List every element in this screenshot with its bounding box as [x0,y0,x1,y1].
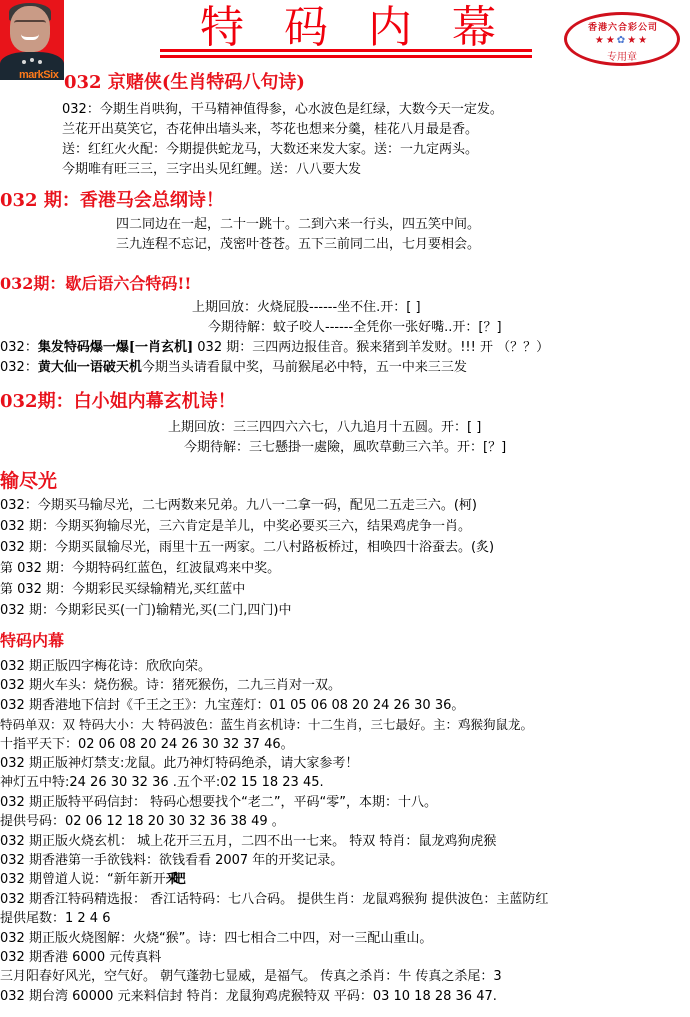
tip-text: 032 期曾道人说：“新年新开 [0,872,166,887]
row-text: 今期当头请看鼠中奖，马前猴尾必中特，五一中来三三发 [142,360,467,375]
row-bold-title: 黄大仙一语破天机 [38,360,142,375]
tip-line: 032 期正版火烧图解：火烧“猴”。诗：四七相合二中四，对一三配山重山。 [0,931,432,947]
title-underline [160,49,532,52]
tip-line: 神灯五中特:24 26 30 32 36 .五个平:02 15 18 23 45… [0,775,324,791]
title-char: 幕 [452,2,496,54]
tip-line: 提供号码：02 06 12 18 20 30 32 36 38 49 。 [0,814,285,830]
section-heading-jingduxia: 032 京赌侠(生肖特码八句诗) [64,68,305,94]
tip-line: 032 期香江特码精选报： 香江话特码：七八合码。 提供生肖：龙鼠鸡猴狗 提供波… [0,892,548,908]
coat-button-icon [22,60,26,64]
poem-line: 032：今期生肖哄狗，干马精神值得参，心水波色是红绿，大数今天一定发。 [62,102,503,118]
avatar-face [10,6,50,52]
avatar-brand-label: markSix [19,69,58,80]
tip-row: 032：黄大仙一语破天机今期当头请看鼠中奖，马前猴尾必中特，五一中来三三发 [0,360,467,376]
tip-line: 032 期香港地下信封《千王之王》：九宝莲灯：01 05 06 08 20 24… [0,698,464,714]
poem-line: 兰花开出莫笑它，杏花伸出墙头来，芩花也想来分羹，桂花八月最是香。 [62,122,478,138]
tip-line: 第 032 期：今期彩民买绿输精光,买红蓝中 [0,582,245,598]
section-heading-xiehouyu: 032期：歇后语六合特码!! [0,271,191,294]
tip-line: 032：今期买马输尽光，二七两数来兄弟。九八一二拿一码，配见二五走三六。(柯) [0,498,477,514]
avatar-glasses [14,20,46,28]
this-issue-line: 今期待解：蚊子咬人------全凭你一张好嘴..开：[？] [208,320,502,336]
row-text: 032 期：三四两边报佳音。猴来猪到羊发财。!!! 开 （？？） [193,340,549,355]
poem-line: 四二同边在一起，二十一跳十。二到六来一行头，四五笑中间。 [116,217,480,233]
garbled-text: 釆吧 [166,872,180,887]
tip-line: 032 期：今期买鼠输尽光，雨里十五一两家。二八村路板桥过，相唤四十浴蚕去。(炙… [0,540,494,556]
tip-line: 三月阳春好风光，空气好。 朝气蓬勃七显威，是福气。 传真之杀肖：牛 传真之杀尾：… [0,969,502,985]
tip-line: 032 期火车头：烧伤猴。诗：猪死猴伤，二九三肖对一双。 [0,678,341,694]
title-char: 内 [368,2,412,54]
flower-icon: ✿ [617,35,627,46]
row-prefix: 032： [0,360,38,375]
coat-button-icon [38,60,42,64]
title-underline [160,55,532,58]
tip-line: 十指平天下：02 06 08 20 24 26 30 32 37 46。 [0,737,294,753]
tip-line: 032 期香港第一手欲钱料：欲钱看看 2007 年的开奖记录。 [0,853,343,869]
tip-line: 032 期：今期买狗输尽光，三六肯定是羊儿，中奖必要买三六，结果鸡虎争一肖。 [0,519,471,535]
poem-line: 三九连程不忘记，茂密叶苍苍。五下三前同二出，七月要相会。 [116,237,480,253]
tip-line: 032 期台湾 60000 元来料信封 特肖：龙鼠狗鸡虎猴特双 平码：03 10… [0,989,497,1005]
tip-line: 032 期：今期彩民买(一门)输精光,买(二门,四门)中 [0,603,292,619]
coat-button-icon [30,58,34,62]
poem-line: 今期唯有旺三三，三字出头见红鲤。送：八八要大发 [62,162,361,178]
avatar-photo: markSix [0,0,64,80]
last-review-line: 上期回放：火烧屁股------坐不住.开：[ ] [192,300,421,316]
company-seal-stamp: 香港六合彩公司 ★★✿★★ 专用章 [564,12,680,66]
poem-line: 送：红红火火配：今期提供蛇龙马，大数还来发大家。送：一九定两头。 [62,142,478,158]
stamp-sub-text: 专用章 [567,48,677,63]
star-icon: ★★ [595,35,617,46]
stamp-arc-text: 香港六合彩公司 [575,20,671,33]
title-char: 码 [284,2,328,54]
tip-line: 特码单双：双 特码大小：大 特码波色：蓝生肖玄机诗：十二生肖，三七最好。主：鸡猴… [0,717,533,733]
title-char: 特 [200,2,244,54]
star-icon: ★★ [627,35,649,46]
section-heading-tema-neimu: 特码内幕 [0,628,64,651]
tip-line: 提供尾数：1 2 4 6 [0,911,110,927]
section-heading-hk-jockey-poem: 032 期：香港马会总纲诗！ [0,186,224,212]
tip-line: 032 期香港 6000 元传真料 [0,950,161,966]
row-prefix: 032： [0,340,38,355]
last-review-line: 上期回放：三三四四六六七，八九追月十五圆。开：[ ] [168,420,481,436]
tip-line: 032 期曾道人说：“新年新开釆吧 [0,872,180,888]
tip-line: 032 期正版火烧玄机： 城上花开三五月，二四不出一七来。 特双 特肖：鼠龙鸡狗… [0,834,496,850]
section-heading-lose-all: 输尽光 [0,466,57,493]
stamp-stars-icon: ★★✿★★ [567,35,677,46]
page-title: 特 码 内 幕 [160,0,532,62]
tip-line: 第 032 期：今期特码红蓝色，红波鼠鸡来中奖。 [0,561,280,577]
tip-row: 032：集发特码爆一爆[一肖玄机] 032 期：三四两边报佳音。猴来猪到羊发财。… [0,340,549,356]
row-bold-title: 集发特码爆一爆[一肖玄机] [38,340,193,355]
tip-line: 032 期正版神灯禁支:龙鼠。此乃神灯特码绝杀，请大家参考！ [0,756,358,772]
tip-line: 032 期正版特平码信封： 特码心想要找个“老二”，平码“零”，本期：十八。 [0,795,437,811]
this-issue-line: 今期待解：三七懸掛一處險，風吹草動三六羊。开：[？] [184,440,506,456]
tip-line: 032 期正版四字梅花诗：欣欣向荣。 [0,659,211,675]
section-heading-miss-bai: 032期：白小姐内幕玄机诗！ [0,387,236,413]
